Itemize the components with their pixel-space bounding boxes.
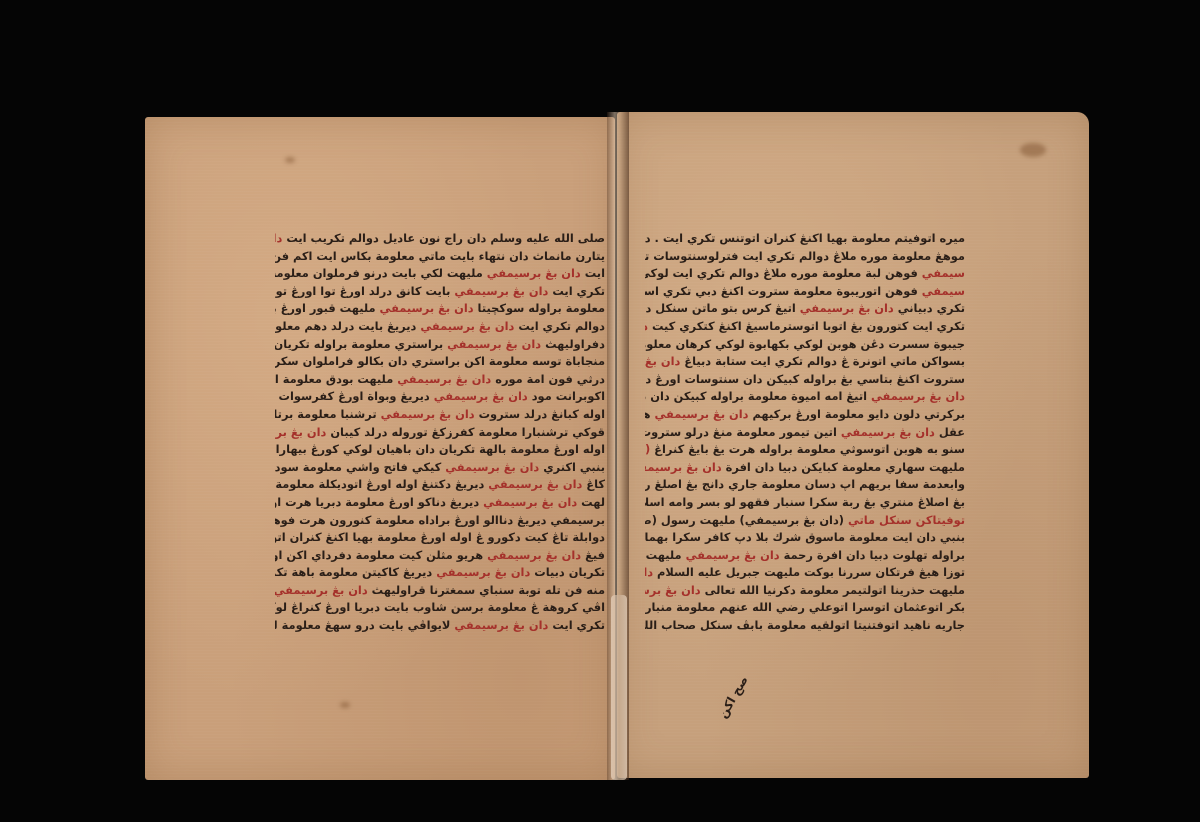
ink-text: اتيڠ امه اميوة معلومة براوله كبيكن دان ب… (645, 389, 867, 403)
ink-text: فوهن لبة معلومة موره ملاڠ دوالم تكري ايت… (645, 266, 918, 280)
manuscript-line: ايت دان بڠ برسيمفي مليهت لكي بايت درنو ف… (275, 265, 605, 283)
ink-text: ديريڠ بايت درلد دهم معلومة بايڠ بيڠ ديبت… (275, 319, 416, 333)
ink-text: برسيمفي ديريڠ دناالو اورڠ براداه معلومة … (275, 513, 605, 527)
manuscript-line: بكر اتوعثمان اتوسرا اتوعلي رضي الله عنهم… (645, 599, 965, 617)
rubric-text: دان بڠ برسيمفي (450, 284, 548, 298)
ink-text: لهت (577, 495, 605, 509)
paper-stain (340, 702, 350, 708)
ink-text: براستري معلومة براوله تكريان دان بڠ برسي… (275, 337, 443, 351)
manuscript-line: مليهت سهاري معلومة كبايكن دبيا دان افرة … (645, 459, 965, 477)
manuscript-line: جاريه ناهيد اتوفتنيتا اتولقيه معلومة باب… (645, 617, 965, 635)
manuscript-line: صلى الله عليه وسلم دان راج نون عاديل دوا… (275, 230, 605, 248)
ink-text: ميره اتوفيتم معلومة بهيا اكنڠ كنران اتوت… (645, 231, 965, 245)
manuscript-line: اوله اورڠ معلومة بالهة تكريان دان باهيان… (275, 441, 605, 459)
ink-text: ديريڠ وبواة اورڠ كفرسوات تحة سوسه معلومة (275, 389, 430, 403)
ink-text: موهڠ معلومة موره ملاڠ دوالم تكري ايت فتر… (645, 249, 965, 263)
left-page-text: صلى الله عليه وسلم دان راج نون عاديل دوا… (275, 230, 605, 635)
ink-text: لايواڤي بايت درو سهڠ معلومة لوبه بوڠ دان… (275, 618, 450, 632)
ink-text: منجاباة توسه معلومة اكن براستري دان بكال… (275, 354, 605, 368)
manuscript-line: تكري ايت دان بڠ برسيمفي لايواڤي بايت درو… (275, 617, 605, 635)
ink-text: سنو به هوبن اتوسوثي معلومة براوله هرت يڠ… (650, 442, 965, 456)
ink-text: هريو مثلن كيت معلومة دفرداي اكن اورڠ كنر… (275, 548, 483, 562)
rubric-text: دان بڠ برسيمفي (796, 301, 894, 315)
ink-text: بركرتي دلون دايو معلومة اورڠ بركيهم (749, 407, 965, 421)
ink-text: فوهن اتوريبوة معلومة ستروت اكنڠ دبي تكري… (645, 284, 918, 298)
rubric-text: دان بڠ برسيمفي (416, 319, 514, 333)
ink-text: بنبي اكنري (539, 460, 605, 474)
manuscript-line: سيمفي فوهن لبة معلومة موره ملاڠ دوالم تك… (645, 265, 965, 283)
manuscript-line: بسواكن ماتي اتونرة ڠ دوالم تكري ايت ستاب… (645, 353, 965, 371)
manuscript-line: سيمفي فوهن اتوريبوة معلومة ستروت اكنڠ دب… (645, 283, 965, 301)
manuscript-line: اڤي كروهة ڠ معلومة برسن شاوب بايت دبريا … (275, 599, 605, 617)
ink-text: ترشنبا معلومة برتاق دان بڠ برسيمفي اور (275, 407, 377, 421)
rubric-text: دان بڠ برسيمفي (430, 389, 528, 403)
ink-text: ايت (581, 266, 605, 280)
rubric-text: دان بڠ برسيمفي (483, 266, 581, 280)
ink-text: مليهت قبور اورڠ بايت علومة عارو عادا (275, 301, 376, 315)
manuscript-line: براوله تهلوت دبيا دان افرة رحمة دان بڠ ب… (645, 547, 965, 565)
ink-text: دوابلة تاڠ كيت دكورو ڠ اوله اورڠ معلومة … (275, 530, 605, 544)
ink-text: صلى الله عليه وسلم دان راج نون عاديل دوا… (282, 231, 605, 245)
manuscript-line: معلومة براوله سوكچيتا دان بڠ برسيمفي ملي… (275, 300, 605, 318)
ink-text: (دان بڠ برسيمفي) مليهت رسول (صعلي) اتوسك… (645, 513, 844, 527)
rubric-text: دان بڠ برسيمفي (645, 565, 653, 579)
manuscript-line: توزا هيڠ فرتكان سررنا بوكت مليهت جبريل ع… (645, 564, 965, 582)
ink-text: اتيڠ كرس بتو ماتن سنكل داون اتولونيڠ بلي… (645, 301, 796, 315)
ink-text: اتين تيمور معلومة منڠ درلو ستروت (دان بڠ… (645, 425, 837, 439)
ink-text: منه فن تله توبة سنباي سمغترنا قراوليهث (368, 583, 605, 597)
manuscript-line: كاڠ دان بڠ برسيمفي ديريڠ دكتنڠ اوله اورڠ… (275, 476, 605, 494)
ink-text: تكري دبياني (894, 301, 965, 315)
rubric-text: دان بڠ برسيمفي (443, 337, 541, 351)
rubric-text: سيمفي (918, 266, 965, 280)
ink-text: تكري ايت كتورون بڠ اتوبا اتوسترماسيڠ اكن… (648, 319, 965, 333)
ink-text: وابعدمة سفا بريهم اپ دسان معلومة جاري دا… (645, 477, 965, 491)
rubric-text: دان بڠ برسيمفي (645, 583, 701, 597)
manuscript-line: بركرتي دلون دايو معلومة اورڠ بركيهم دان … (645, 406, 965, 424)
manuscript-line: دان بڠ برسيمفي اتيڠ امه اميوة معلومة برا… (645, 388, 965, 406)
rubric-text: دان بڠ برسيمفي (275, 583, 368, 597)
ink-text: ستروت اكنڠ بتاسي بڠ براوله كبيكن دان سنت… (645, 372, 965, 386)
manuscript-line: سنو به هوبن اتوسوثي معلومة براوله هرت يڠ… (645, 441, 965, 459)
manuscript-line: تكري ايت كتورون بڠ اتوبا اتوسترماسيڠ اكن… (645, 318, 965, 336)
ink-text: بنبي دان ايت معلومة ماسوق شرك بلا دپ كاف… (645, 530, 965, 544)
paper-stain (1020, 143, 1046, 157)
ink-text: مليهت سهاري معلومة كبايكن دبيا دان افرة (722, 460, 965, 474)
manuscript-line: برسيمفي ديريڠ دناالو اورڠ براداه معلومة … (275, 512, 605, 530)
rubric-text: دان بڠ برسيمفي (645, 354, 680, 368)
manuscript-line: جيبوة سسرت دڠن هوبن لوكي بكهابوة لوكي كر… (645, 336, 965, 354)
manuscript-line: درثي فون امة موره دان بڠ برسيمفي مليهت ب… (275, 371, 605, 389)
ink-text: تكري ايت (548, 284, 605, 298)
manuscript-line: دوابلة تاڠ كيت دكورو ڠ اوله اورڠ معلومة … (275, 529, 605, 547)
manuscript-line: دفراوليهث دان بڠ برسيمفي براستري معلومة … (275, 336, 605, 354)
ink-text: مليهت تالي يڠ عاديل ا (645, 548, 682, 562)
manuscript-line: بنبي اكنري دان بڠ برسيمفي كيكي فاتح واشي… (275, 459, 605, 477)
ink-text: معلومة براوله سوكچيتا (474, 301, 605, 315)
rubric-text: دان بڠ برسيمفي (275, 425, 326, 439)
paper-stain (285, 157, 295, 163)
ink-text: تكري ايت (548, 618, 605, 632)
manuscript-line: قوكي ترشنبارا معلومة كفرزكڠ توروله درلد … (275, 424, 605, 442)
manuscript-line: تكري دبياني دان بڠ برسيمفي اتيڠ كرس بتو … (645, 300, 965, 318)
manuscript-line: لهت دان بڠ برسيمفي ديريڠ دناكو اورڠ معلو… (275, 494, 605, 512)
rubric-text: دان بڠ برسيمفي (837, 425, 935, 439)
ink-text: دفراوليهث (541, 337, 605, 351)
rubric-text: دان بڠ برسيمفي (479, 495, 577, 509)
ink-text: كيكي فاتح واشي معلومة سوداران ماتي اتوال… (275, 460, 441, 474)
rubric-text: دان بڠ برسيمفي (651, 407, 749, 421)
manuscript-line: بنبي دان ايت معلومة ماسوق شرك بلا دپ كاف… (645, 529, 965, 547)
ink-text: جاريه ناهيد اتوفتنيتا اتولقيه معلومة باب… (645, 618, 965, 632)
right-page-text: ميره اتوفيتم معلومة بهيا اكنڠ كنران اتوت… (645, 230, 965, 635)
ink-text: اوله كبانڠ درلد ستروت (475, 407, 605, 421)
rubric-text: دان بڠ برسيمفي (645, 460, 722, 474)
manuscript-line: اوله كبانڠ درلد ستروت دان بڠ برسيمفي ترش… (275, 406, 605, 424)
manuscript-line: دوالم تكري ايت دان بڠ برسيمفي ديريڠ بايت… (275, 318, 605, 336)
ink-text: اڤي كروهة ڠ معلومة برسن شاوب بايت دبريا … (275, 600, 605, 614)
manuscript-line: اكوبرانت مود دان بڠ برسيمفي ديريڠ وبواة … (275, 388, 605, 406)
ink-text: اكوبرانت مود (528, 389, 605, 403)
manuscript-line: وابعدمة سفا بريهم اپ دسان معلومة جاري دا… (645, 476, 965, 494)
ink-text: كاڠ (582, 477, 605, 491)
rubric-text: دان بڠ برسيمفي (483, 548, 581, 562)
rubric-text: دان بڠ برسيمفي (393, 372, 491, 386)
ink-text: مليهت حذرينا اتولتيمر معلومة دكرنيا الله… (701, 583, 965, 597)
ink-text: مليهت بودق معلومة اكن براستري (275, 372, 393, 386)
ink-text: بسواكن ماتي اتونرة ڠ دوالم تكري ايت ستاب… (680, 354, 965, 368)
ink-text: مليهت لكي بايت درنو فرملوان معلومة كبايك… (275, 266, 483, 280)
rubric-text: دان بڠ برسيمفي (867, 389, 965, 403)
rubric-text: توفيتاكن سنكل ماتي (844, 513, 965, 527)
manuscript-line: بڠ اصلاڠ منتري بڠ ربة سكرا سنبار فقهو لو… (645, 494, 965, 512)
ink-text: اوله اورڠ معلومة بالهة تكريان دان باهيان… (275, 442, 605, 456)
rubric-text: دان بڠ برسيمفي (432, 565, 530, 579)
rubric-text: دان بڠ برسيمفي (441, 460, 539, 474)
ink-text: عقل (935, 425, 965, 439)
rubric-text: دان بڠ برسيمفي (484, 477, 582, 491)
manuscript-line: ستروت اكنڠ بتاسي بڠ براوله كبيكن دان سنت… (645, 371, 965, 389)
ink-text: توزا هيڠ فرتكان سررنا بوكت مليهت جبريل ع… (653, 565, 965, 579)
rubric-text: دان بڠ برسيمفي (450, 618, 548, 632)
ink-text: جيبوة سسرت دڠن هوبن لوكي بكهابوة لوكي كر… (645, 337, 965, 351)
rubric-text: دان بڠ برسيمفي (376, 301, 474, 315)
rubric-text: سيمفي (918, 284, 965, 298)
manuscript-line: موهڠ معلومة موره ملاڠ دوالم تكري ايت فتر… (645, 248, 965, 266)
ink-text: براوله تهلوت دبيا دان افرة رحمة (780, 548, 965, 562)
ink-text: ديريڠ دناكو اورڠ معلومة دبريا هرت اورڠ ا… (275, 495, 479, 509)
ink-text: قوكي ترشنبارا معلومة كفرزكڠ توروله درلد … (326, 425, 605, 439)
ink-text: بايت كانق درلد اورڠ توا اورڠ تونشباي لاك… (275, 284, 450, 298)
rubric-text: دان بڠ برسيمفي (377, 407, 475, 421)
rubric-text: دان بڠ برسيمفي (682, 548, 780, 562)
ink-text: ديريڠ كاكيتن معلومة باهة تكرتي دان تكريا… (275, 565, 432, 579)
manuscript-line: مليهت حذرينا اتولتيمر معلومة دكرنيا الله… (645, 582, 965, 600)
ink-text: تكريان دبيات (530, 565, 605, 579)
spine-torn-paper (611, 595, 627, 780)
manuscript-line: تكريان دبيات دان بڠ برسيمفي ديريڠ كاكيتن… (275, 564, 605, 582)
manuscript-line: منجاباة توسه معلومة اكن براستري دان بكال… (275, 353, 605, 371)
ink-text: بڠ اصلاڠ منتري بڠ ربة سكرا سنبار فقهو لو… (645, 495, 965, 509)
manuscript-line: توفيتاكن سنكل ماتي (دان بڠ برسيمفي) مليه… (645, 512, 965, 530)
ink-text: درثي فون امة موره (491, 372, 605, 386)
manuscript-line: ميره اتوفيتم معلومة بهيا اكنڠ كنران اتوت… (645, 230, 965, 248)
manuscript-line: عقل دان بڠ برسيمفي اتين تيمور معلومة منڠ… (645, 424, 965, 442)
ink-text: بكر اتوعثمان اتوسرا اتوعلي رضي الله عنهم… (645, 600, 965, 614)
manuscript-line: فيڠ دان بڠ برسيمفي هريو مثلن كيت معلومة … (275, 547, 605, 565)
manuscript-line: يتارن مانماث دان نتهاء بايت ماتي معلومة … (275, 248, 605, 266)
manuscript-line: منه فن تله توبة سنباي سمغترنا قراوليهث د… (275, 582, 605, 600)
ink-text: يتارن مانماث دان نتهاء بايت ماتي معلومة … (275, 249, 605, 263)
manuscript-line: تكري ايت دان بڠ برسيمفي بايت كانق درلد ا… (275, 283, 605, 301)
ink-text: دوالم تكري ايت (514, 319, 605, 333)
ink-text: فيڠ (581, 548, 605, 562)
ink-text: ديريڠ دكتنڠ اوله اورڠ اتوديكلة معلومة لو… (275, 477, 484, 491)
